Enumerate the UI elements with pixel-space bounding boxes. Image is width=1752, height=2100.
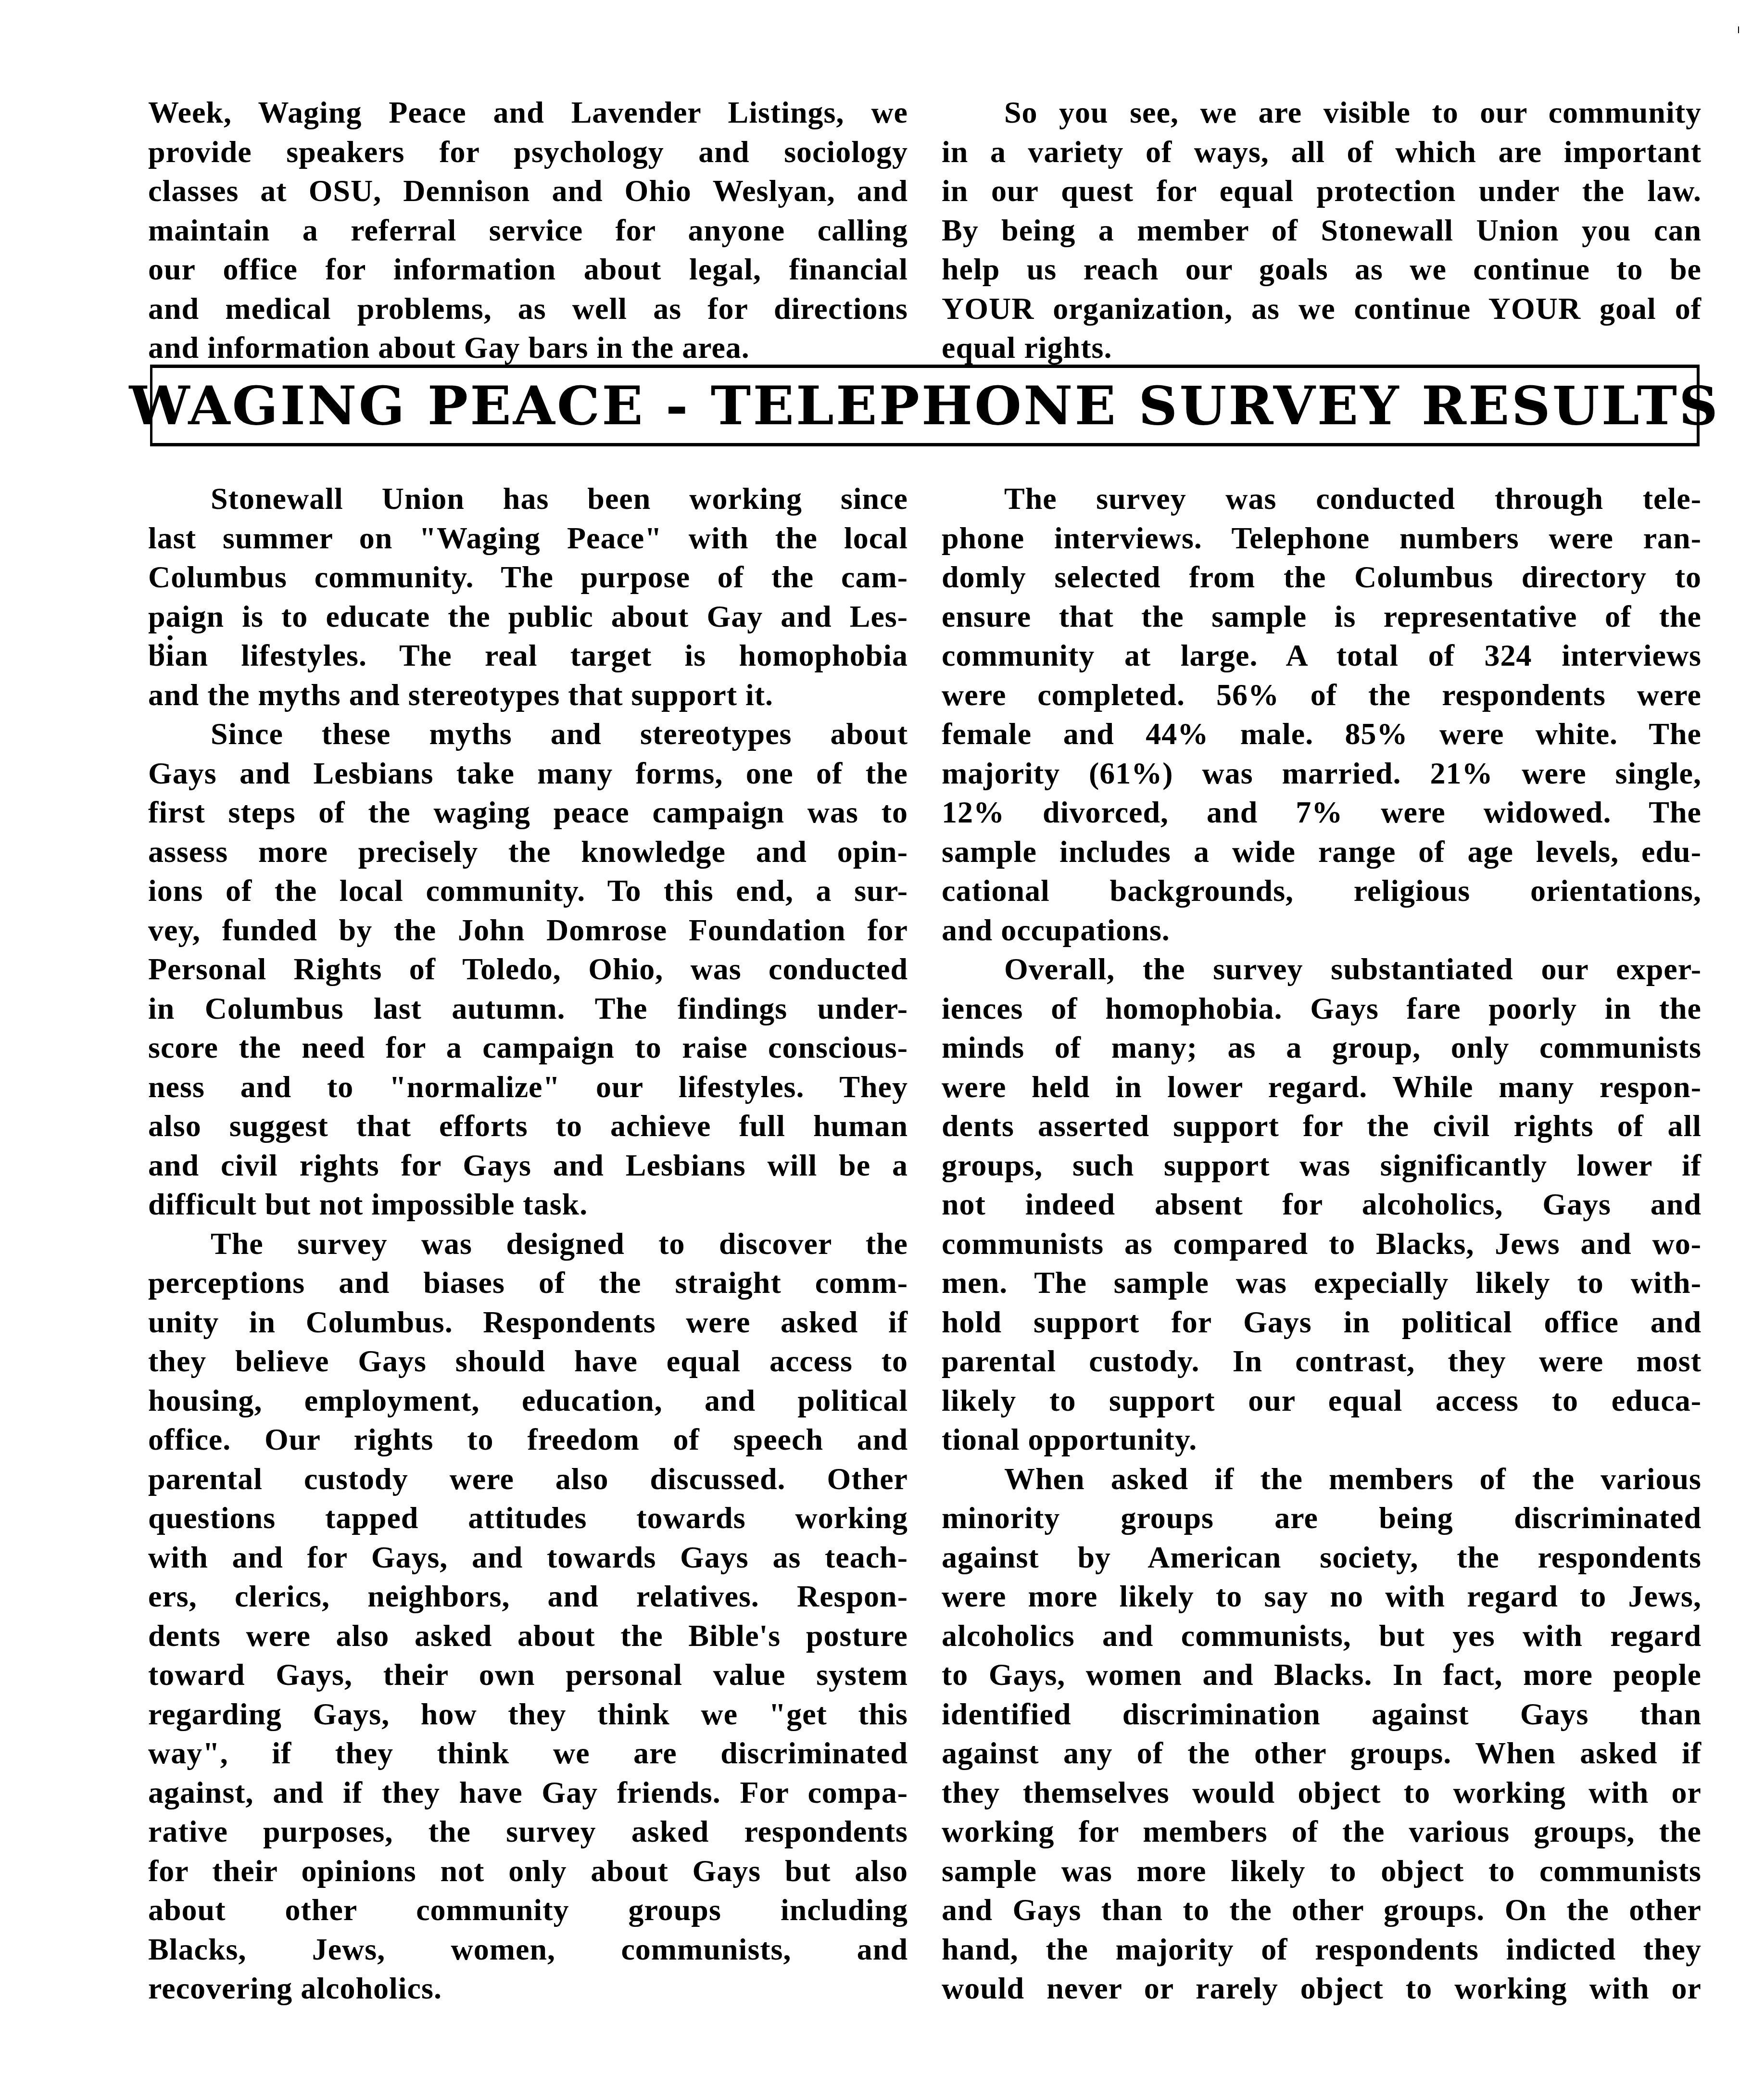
text-line: equal rights. xyxy=(942,328,1702,367)
text-line: difficult but not impossible task. xyxy=(148,1185,908,1224)
text-line: identified discrimination against Gays t… xyxy=(942,1695,1702,1734)
text-line: phone interviews. Telephone numbers were… xyxy=(942,519,1702,558)
text-line: last summer on "Waging Peace" with the l… xyxy=(148,519,908,558)
text-line: and the myths and stereotypes that suppo… xyxy=(148,675,908,715)
text-line: were held in lower regard. While many re… xyxy=(942,1067,1702,1107)
text-line: hold support for Gays in political offic… xyxy=(942,1303,1702,1342)
text-line: provide speakers for psychology and soci… xyxy=(148,132,908,172)
margin-mark xyxy=(1738,26,1739,33)
newsletter-page: Week, Waging Peace and Lavender Listings… xyxy=(0,0,1752,2100)
text-line: minds of many; as a group, only communis… xyxy=(942,1028,1702,1067)
text-line: cational backgrounds, religious orientat… xyxy=(942,871,1702,911)
text-line: Gays and Lesbians take many forms, one o… xyxy=(148,754,908,793)
text-line: Week, Waging Peace and Lavender Listings… xyxy=(148,93,908,132)
article-right-column: The survey was conducted through tele-ph… xyxy=(942,479,1702,2008)
text-line: vey, funded by the John Domrose Foundati… xyxy=(148,911,908,950)
text-line: working for members of the various group… xyxy=(942,1812,1702,1851)
text-line: communists as compared to Blacks, Jews a… xyxy=(942,1224,1702,1264)
text-line: unity in Columbus. Respondents were aske… xyxy=(148,1303,908,1342)
text-line: against any of the other groups. When as… xyxy=(942,1733,1702,1773)
text-line: they themselves would object to working … xyxy=(942,1773,1702,1812)
text-line: Overall, the survey substantiated our ex… xyxy=(942,949,1702,989)
text-line: Columbus community. The purpose of the c… xyxy=(148,557,908,597)
text-line: When asked if the members of the various xyxy=(942,1459,1702,1499)
text-line: men. The sample was expecially likely to… xyxy=(942,1263,1702,1303)
text-line: parental custody were also discussed. Ot… xyxy=(148,1459,908,1499)
headline-box: WAGING PEACE - TELEPHONE SURVEY RESULTS xyxy=(150,365,1700,446)
text-line: against, and if they have Gay friends. F… xyxy=(148,1773,908,1812)
text-line: Since these myths and stereotypes about xyxy=(148,714,908,754)
text-line: Personal Rights of Toledo, Ohio, was con… xyxy=(148,949,908,989)
text-line: dents were also asked about the Bible's … xyxy=(148,1616,908,1656)
text-line: minority groups are being discriminated xyxy=(942,1498,1702,1538)
article-left-column: Stonewall Union has been working sincela… xyxy=(148,479,908,2008)
text-line: tional opportunity. xyxy=(942,1420,1702,1459)
text-line: majority (61%) was married. 21% were sin… xyxy=(942,754,1702,793)
text-line: hand, the majority of respondents indict… xyxy=(942,1930,1702,1969)
text-line: bian lifestyles. The real target is homo… xyxy=(148,636,908,675)
text-line: YOUR organization, as we continue YOUR g… xyxy=(942,289,1702,329)
text-line: female and 44% male. 85% were white. The xyxy=(942,714,1702,754)
text-line: with and for Gays, and towards Gays as t… xyxy=(148,1538,908,1577)
text-line: to Gays, women and Blacks. In fact, more… xyxy=(942,1655,1702,1695)
text-line: and Gays than to the other groups. On th… xyxy=(942,1890,1702,1930)
text-line: domly selected from the Columbus directo… xyxy=(942,557,1702,597)
text-line: they believe Gays should have equal acce… xyxy=(148,1341,908,1381)
text-line: in Columbus last autumn. The findings un… xyxy=(148,989,908,1028)
text-line: and information about Gay bars in the ar… xyxy=(148,328,908,367)
text-line: our office for information about legal, … xyxy=(148,250,908,289)
text-line: The survey was conducted through tele- xyxy=(942,479,1702,519)
text-line: not indeed absent for alcoholics, Gays a… xyxy=(942,1185,1702,1224)
text-line: way", if they think we are discriminated xyxy=(148,1733,908,1773)
article-headline: WAGING PEACE - TELEPHONE SURVEY RESULTS xyxy=(129,375,1720,437)
text-line: classes at OSU, Dennison and Ohio Weslya… xyxy=(148,171,908,211)
text-line: assess more precisely the knowledge and … xyxy=(148,832,908,872)
text-line: would never or rarely object to working … xyxy=(942,1969,1702,2008)
text-line: maintain a referral service for anyone c… xyxy=(148,211,908,250)
text-line: against by American society, the respond… xyxy=(942,1538,1702,1577)
text-line: Stonewall Union has been working since xyxy=(148,479,908,519)
text-line: The survey was designed to discover the xyxy=(148,1224,908,1264)
text-line: Blacks, Jews, women, communists, and xyxy=(148,1930,908,1969)
text-line: questions tapped attitudes towards worki… xyxy=(148,1498,908,1538)
text-line: in a variety of ways, all of which are i… xyxy=(942,132,1702,172)
text-line: help us reach our goals as we continue t… xyxy=(942,250,1702,289)
text-line: likely to support our equal access to ed… xyxy=(942,1381,1702,1420)
text-line: recovering alcoholics. xyxy=(148,1969,908,2008)
text-line: sample was more likely to object to comm… xyxy=(942,1851,1702,1891)
text-line: iences of homophobia. Gays fare poorly i… xyxy=(942,989,1702,1028)
text-line: were more likely to say no with regard t… xyxy=(942,1577,1702,1616)
text-line: So you see, we are visible to our commun… xyxy=(942,93,1702,132)
top-left-column: Week, Waging Peace and Lavender Listings… xyxy=(148,93,908,367)
text-line: ions of the local community. To this end… xyxy=(148,871,908,911)
text-line: and civil rights for Gays and Lesbians w… xyxy=(148,1146,908,1185)
text-line: parental custody. In contrast, they were… xyxy=(942,1341,1702,1381)
text-line: ness and to "normalize" our lifestyles. … xyxy=(148,1067,908,1107)
text-line: paign is to educate the public about Gay… xyxy=(148,597,908,636)
text-line: By being a member of Stonewall Union you… xyxy=(942,211,1702,250)
text-line: housing, employment, education, and poli… xyxy=(148,1381,908,1420)
text-line: perceptions and biases of the straight c… xyxy=(148,1263,908,1303)
text-line: community at large. A total of 324 inter… xyxy=(942,636,1702,675)
text-line: sample includes a wide range of age leve… xyxy=(942,832,1702,872)
top-right-column: So you see, we are visible to our commun… xyxy=(942,93,1702,367)
text-line: rative purposes, the survey asked respon… xyxy=(148,1812,908,1851)
text-line: also suggest that efforts to achieve ful… xyxy=(148,1106,908,1146)
text-line: office. Our rights to freedom of speech … xyxy=(148,1420,908,1459)
text-line: dents asserted support for the civil rig… xyxy=(942,1106,1702,1146)
text-line: ensure that the sample is representative… xyxy=(942,597,1702,636)
text-line: and occupations. xyxy=(942,911,1702,950)
text-line: 12% divorced, and 7% were widowed. The xyxy=(942,793,1702,832)
text-line: and medical problems, as well as for dir… xyxy=(148,289,908,329)
text-line: ers, clerics, neighbors, and relatives. … xyxy=(148,1577,908,1616)
text-line: groups, such support was significantly l… xyxy=(942,1146,1702,1185)
text-line: score the need for a campaign to raise c… xyxy=(148,1028,908,1067)
text-line: alcoholics and communists, but yes with … xyxy=(942,1616,1702,1656)
text-line: toward Gays, their own personal value sy… xyxy=(148,1655,908,1695)
text-line: were completed. 56% of the respondents w… xyxy=(942,675,1702,715)
text-line: for their opinions not only about Gays b… xyxy=(148,1851,908,1891)
text-line: in our quest for equal protection under … xyxy=(942,171,1702,211)
text-line: about other community groups including xyxy=(148,1890,908,1930)
text-line: regarding Gays, how they think we "get t… xyxy=(148,1695,908,1734)
text-line: first steps of the waging peace campaign… xyxy=(148,793,908,832)
